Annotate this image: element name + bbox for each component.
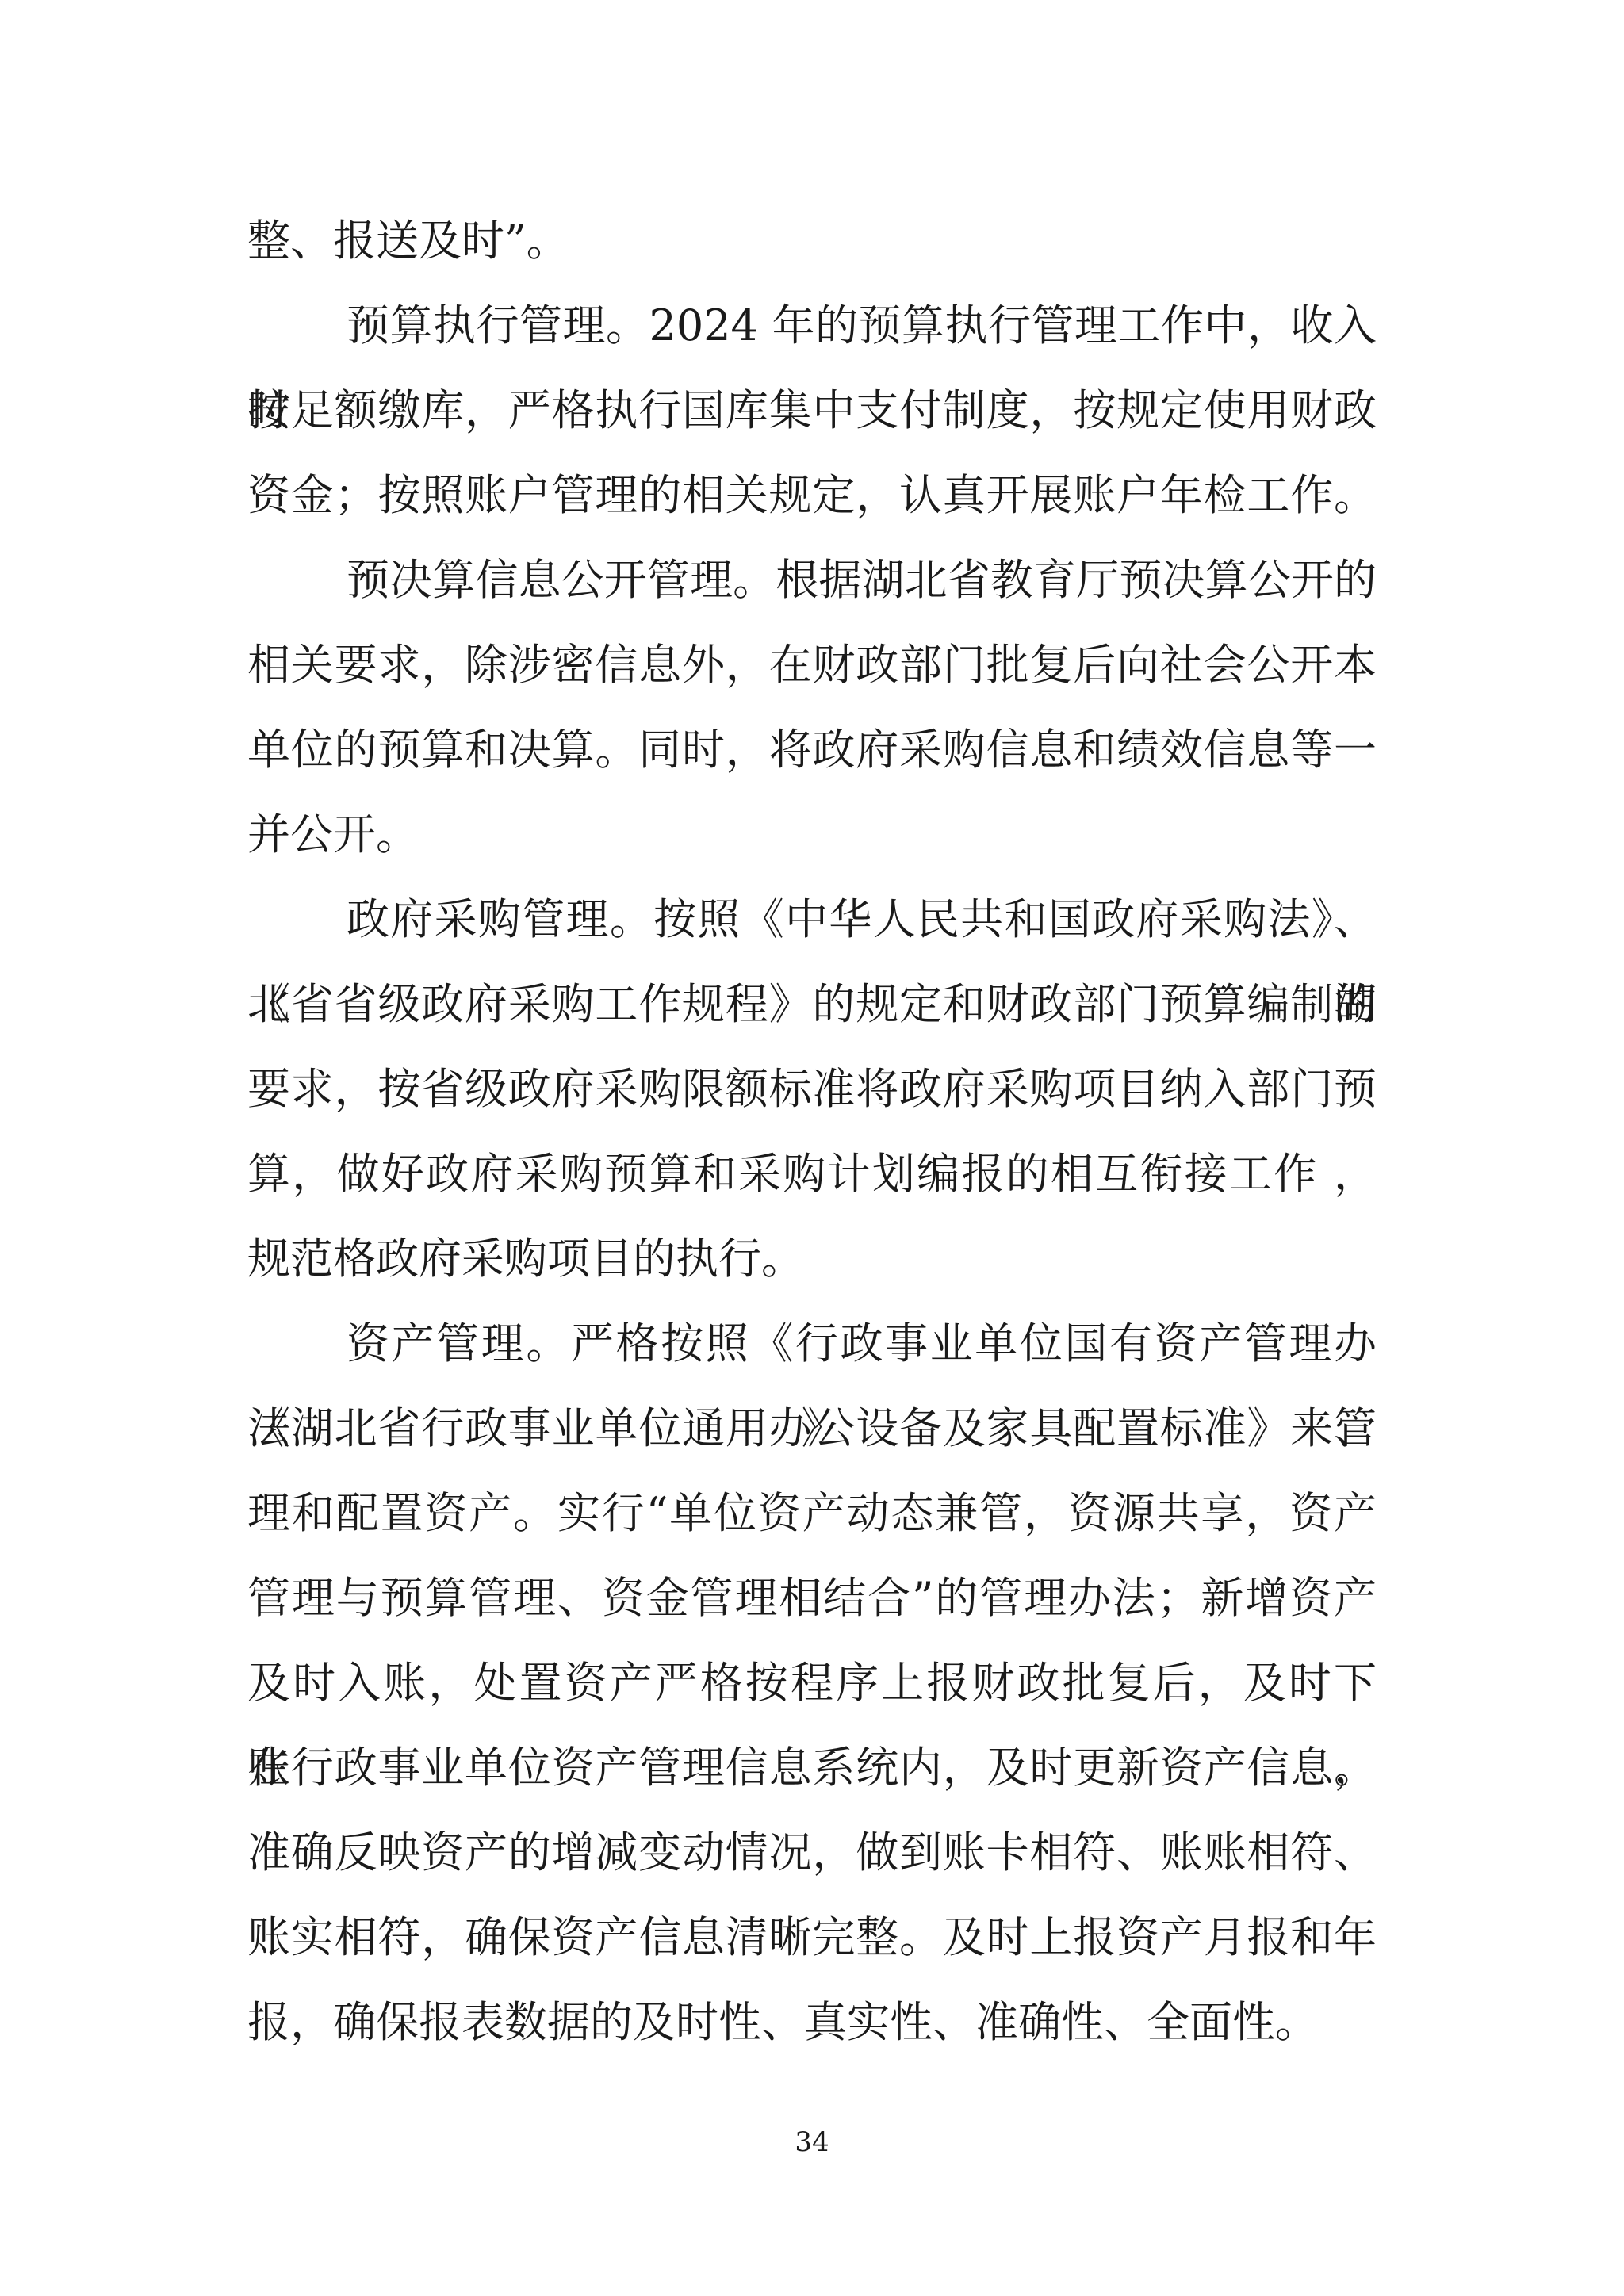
text-line: 政府采购管理。按照《中华人民共和国政府采购法》、《湖 (247, 877, 1377, 962)
text-body: 整、报送及时”。预算执行管理。2024 年的预算执行管理工作中，收入按时足额缴库… (247, 198, 1377, 2064)
text-line: 预算执行管理。2024 年的预算执行管理工作中，收入按 (247, 283, 1377, 368)
text-line: 及时入账，处置资产严格按程序上报财政批复后，及时下账。 (247, 1640, 1377, 1725)
text-line: 管理与预算管理、资金管理相结合”的管理办法；新增资产 (247, 1556, 1377, 1640)
text-line: 准确反映资产的增减变动情况，做到账卡相符、账账相符、 (247, 1810, 1377, 1895)
text-line: 预决算信息公开管理。根据湖北省教育厅预决算公开的 (247, 538, 1377, 622)
text-line: 算，做好政府采购预算和采购计划编报的相互衔接工作 ， (247, 1131, 1377, 1216)
text-line: 并公开。 (247, 792, 1377, 877)
page-number: 34 (0, 2126, 1624, 2158)
document-page: 整、报送及时”。预算执行管理。2024 年的预算执行管理工作中，收入按时足额缴库… (0, 0, 1624, 2296)
text-line: 要求，按省级政府采购限额标准将政府采购项目纳入部门预 (247, 1047, 1377, 1131)
text-line: 规范格政府采购项目的执行。 (247, 1216, 1377, 1301)
text-line: 单位的预算和决算。同时，将政府采购信息和绩效信息等一 (247, 707, 1377, 792)
text-line: 《湖北省行政事业单位通用办公设备及家具配置标准》来管 (247, 1386, 1377, 1471)
text-line: 账实相符，确保资产信息清晰完整。及时上报资产月报和年 (247, 1895, 1377, 1980)
text-line: 理和配置资产。实行“单位资产动态兼管，资源共享，资产 (247, 1471, 1377, 1556)
text-line: 整、报送及时”。 (247, 198, 1377, 283)
text-line: 相关要求，除涉密信息外，在财政部门批复后向社会公开本 (247, 622, 1377, 707)
text-line: 在行政事业单位资产管理信息系统内，及时更新资产信息， (247, 1725, 1377, 1810)
text-line: 北省省级政府采购工作规程》的规定和财政部门预算编制的 (247, 962, 1377, 1047)
text-line: 报，确保报表数据的及时性、真实性、准确性、全面性。 (247, 1980, 1377, 2064)
text-line: 资金；按照账户管理的相关规定，认真开展账户年检工作。 (247, 453, 1377, 538)
text-line: 资产管理。严格按照《行政事业单位国有资产管理办法》、 (247, 1301, 1377, 1386)
text-line: 时足额缴库，严格执行国库集中支付制度，按规定使用财政 (247, 368, 1377, 453)
